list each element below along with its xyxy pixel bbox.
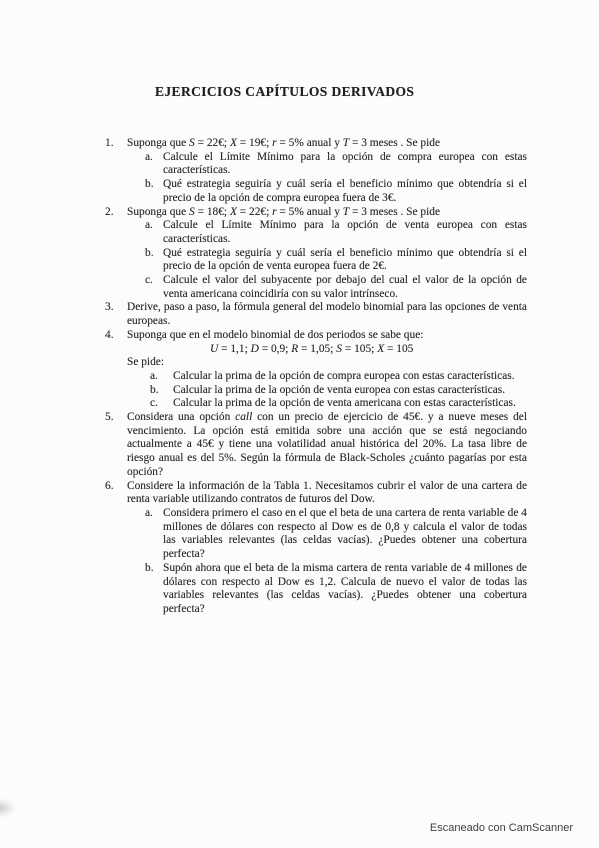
subitem-letter: b. xyxy=(145,562,154,576)
text-run: = 19€; xyxy=(237,137,272,149)
subitem-text: Considera primero el caso en el que el b… xyxy=(163,507,527,562)
subitem-text: Calcule el valor del subyacente por deba… xyxy=(163,274,527,301)
math-variable: X xyxy=(230,137,237,149)
subitem-letter: c. xyxy=(150,397,158,411)
text-run: = 1,05; xyxy=(298,343,336,355)
text-run: Considere la información de la Tabla 1. … xyxy=(127,480,527,506)
exercise-number: 4. xyxy=(105,329,114,343)
math-variable: D xyxy=(251,343,259,355)
text-run: = 1,1; xyxy=(218,343,250,355)
text-run: = 18€; xyxy=(195,206,230,218)
text-run: = 105 xyxy=(384,343,413,355)
text-run: Calcule el valor del subyacente por deba… xyxy=(163,274,527,300)
text-run: = 5% anual y xyxy=(277,137,343,149)
text-run: = 22€; xyxy=(195,137,230,149)
subitem-letter: b. xyxy=(145,178,154,192)
math-variable: U xyxy=(210,343,218,355)
exercise-text: Considera una opción call con un precio … xyxy=(127,411,527,480)
text-run: = 0,9; xyxy=(259,343,291,355)
exercise-item: 2.Suponga que S = 18€; X = 22€; r = 5% a… xyxy=(127,206,527,302)
subitem-letter: a. xyxy=(150,370,158,384)
exercise-subitem: b.Calcular la prima de la opción de vent… xyxy=(127,384,527,398)
subitem-text: Calcule el Límite Mínimo para la opción … xyxy=(163,219,527,246)
text-run: Derive, paso a paso, la fórmula general … xyxy=(127,301,527,327)
page-title: EJERCICIOS CAPÍTULOS DERIVADOS xyxy=(155,84,599,100)
exercise-subitem: a.Considera primero el caso en el que el… xyxy=(127,507,527,562)
text-run: Suponga que xyxy=(127,137,189,149)
exercise-text: Suponga que en el modelo binomial de dos… xyxy=(127,329,527,343)
subitem-letter: a. xyxy=(145,219,153,233)
exercise-subitem: b.Qué estrategia seguiría y cuál sería e… xyxy=(127,178,527,205)
subitem-letter: c. xyxy=(145,274,153,288)
text-run: = 3 meses . Se pide xyxy=(349,137,440,149)
text-run: Calcule el Límite Mínimo para la opción … xyxy=(163,219,527,245)
exercise-subitem: b.Supón ahora que el beta de la misma ca… xyxy=(127,562,527,617)
text-run: Qué estrategia seguiría y cuál sería el … xyxy=(163,247,527,273)
subitem-text: Qué estrategia seguiría y cuál sería el … xyxy=(163,178,527,205)
exercise-subitem: a.Calcule el Límite Mínimo para la opció… xyxy=(127,219,527,246)
exercise-number: 3. xyxy=(105,301,114,315)
text-run: Supón ahora que el beta de la misma cart… xyxy=(163,562,527,615)
exercise-subitem: c.Calcule el valor del subyacente por de… xyxy=(127,274,527,301)
camscanner-watermark: Escaneado con CamScanner xyxy=(430,822,573,834)
document-page: EJERCICIOS CAPÍTULOS DERIVADOS 1.Suponga… xyxy=(0,0,599,848)
exercise-text: Derive, paso a paso, la fórmula general … xyxy=(127,301,527,328)
text-run: Calcular la prima de la opción de venta … xyxy=(173,397,516,409)
exercise-item: 6.Considere la información de la Tabla 1… xyxy=(127,480,527,617)
text-run: = 105; xyxy=(342,343,377,355)
subitem-text: Calcular la prima de la opción de compra… xyxy=(173,370,527,384)
subitem-text: Calcular la prima de la opción de venta … xyxy=(173,384,527,398)
exercise-list: 1.Suponga que S = 22€; X = 19€; r = 5% a… xyxy=(0,137,599,617)
subitem-letter: a. xyxy=(145,151,153,165)
exercise-subitem: b.Qué estrategia seguiría y cuál sería e… xyxy=(127,247,527,274)
text-run: Qué estrategia seguiría y cuál sería el … xyxy=(163,178,527,204)
subitem-text: Qué estrategia seguiría y cuál sería el … xyxy=(163,247,527,274)
scan-smudge xyxy=(0,798,16,818)
text-run: Considera una opción xyxy=(127,411,235,423)
exercise-number: 5. xyxy=(105,411,114,425)
subitem-letter: b. xyxy=(145,247,154,261)
exercise-note: Se pide: xyxy=(127,356,527,370)
math-variable: X xyxy=(230,206,237,218)
subitem-text: Supón ahora que el beta de la misma cart… xyxy=(163,562,527,617)
text-run: = 3 meses . Se pide xyxy=(349,206,440,218)
subitem-letter: a. xyxy=(145,507,153,521)
exercise-text: Suponga que S = 22€; X = 19€; r = 5% anu… xyxy=(127,137,527,151)
exercise-formula: U = 1,1; D = 0,9; R = 1,05; S = 105; X =… xyxy=(210,343,527,357)
exercise-text: Considere la información de la Tabla 1. … xyxy=(127,480,527,507)
text-run: Suponga que xyxy=(127,206,189,218)
exercise-number: 1. xyxy=(105,137,114,151)
exercise-text: Suponga que S = 18€; X = 22€; r = 5% anu… xyxy=(127,206,527,220)
subitem-letter: b. xyxy=(150,384,159,398)
math-variable: call xyxy=(235,411,252,423)
text-run: = 22€; xyxy=(237,206,272,218)
text-run: Considera primero el caso en el que el b… xyxy=(163,507,527,560)
text-run: Calcular la prima de la opción de venta … xyxy=(173,384,505,396)
exercise-item: 1.Suponga que S = 22€; X = 19€; r = 5% a… xyxy=(127,137,527,206)
exercise-item: 5.Considera una opción call con un preci… xyxy=(127,411,527,480)
exercise-subitem: c.Calcular la prima de la opción de vent… xyxy=(127,397,527,411)
text-run: Suponga que en el modelo binomial de dos… xyxy=(127,329,423,341)
text-run: Calcular la prima de la opción de compra… xyxy=(173,370,515,382)
exercise-subitem: a.Calcule el Límite Mínimo para la opció… xyxy=(127,151,527,178)
exercise-number: 6. xyxy=(105,480,114,494)
exercise-number: 2. xyxy=(105,206,114,220)
exercise-item: 3.Derive, paso a paso, la fórmula genera… xyxy=(127,301,527,328)
exercise-subitem: a.Calcular la prima de la opción de comp… xyxy=(127,370,527,384)
subitem-text: Calcule el Límite Mínimo para la opción … xyxy=(163,151,527,178)
text-run: Calcule el Límite Mínimo para la opción … xyxy=(163,151,527,177)
exercise-item: 4.Suponga que en el modelo binomial de d… xyxy=(127,329,527,411)
text-run: = 5% anual y xyxy=(277,206,343,218)
subitem-text: Calcular la prima de la opción de venta … xyxy=(173,397,527,411)
